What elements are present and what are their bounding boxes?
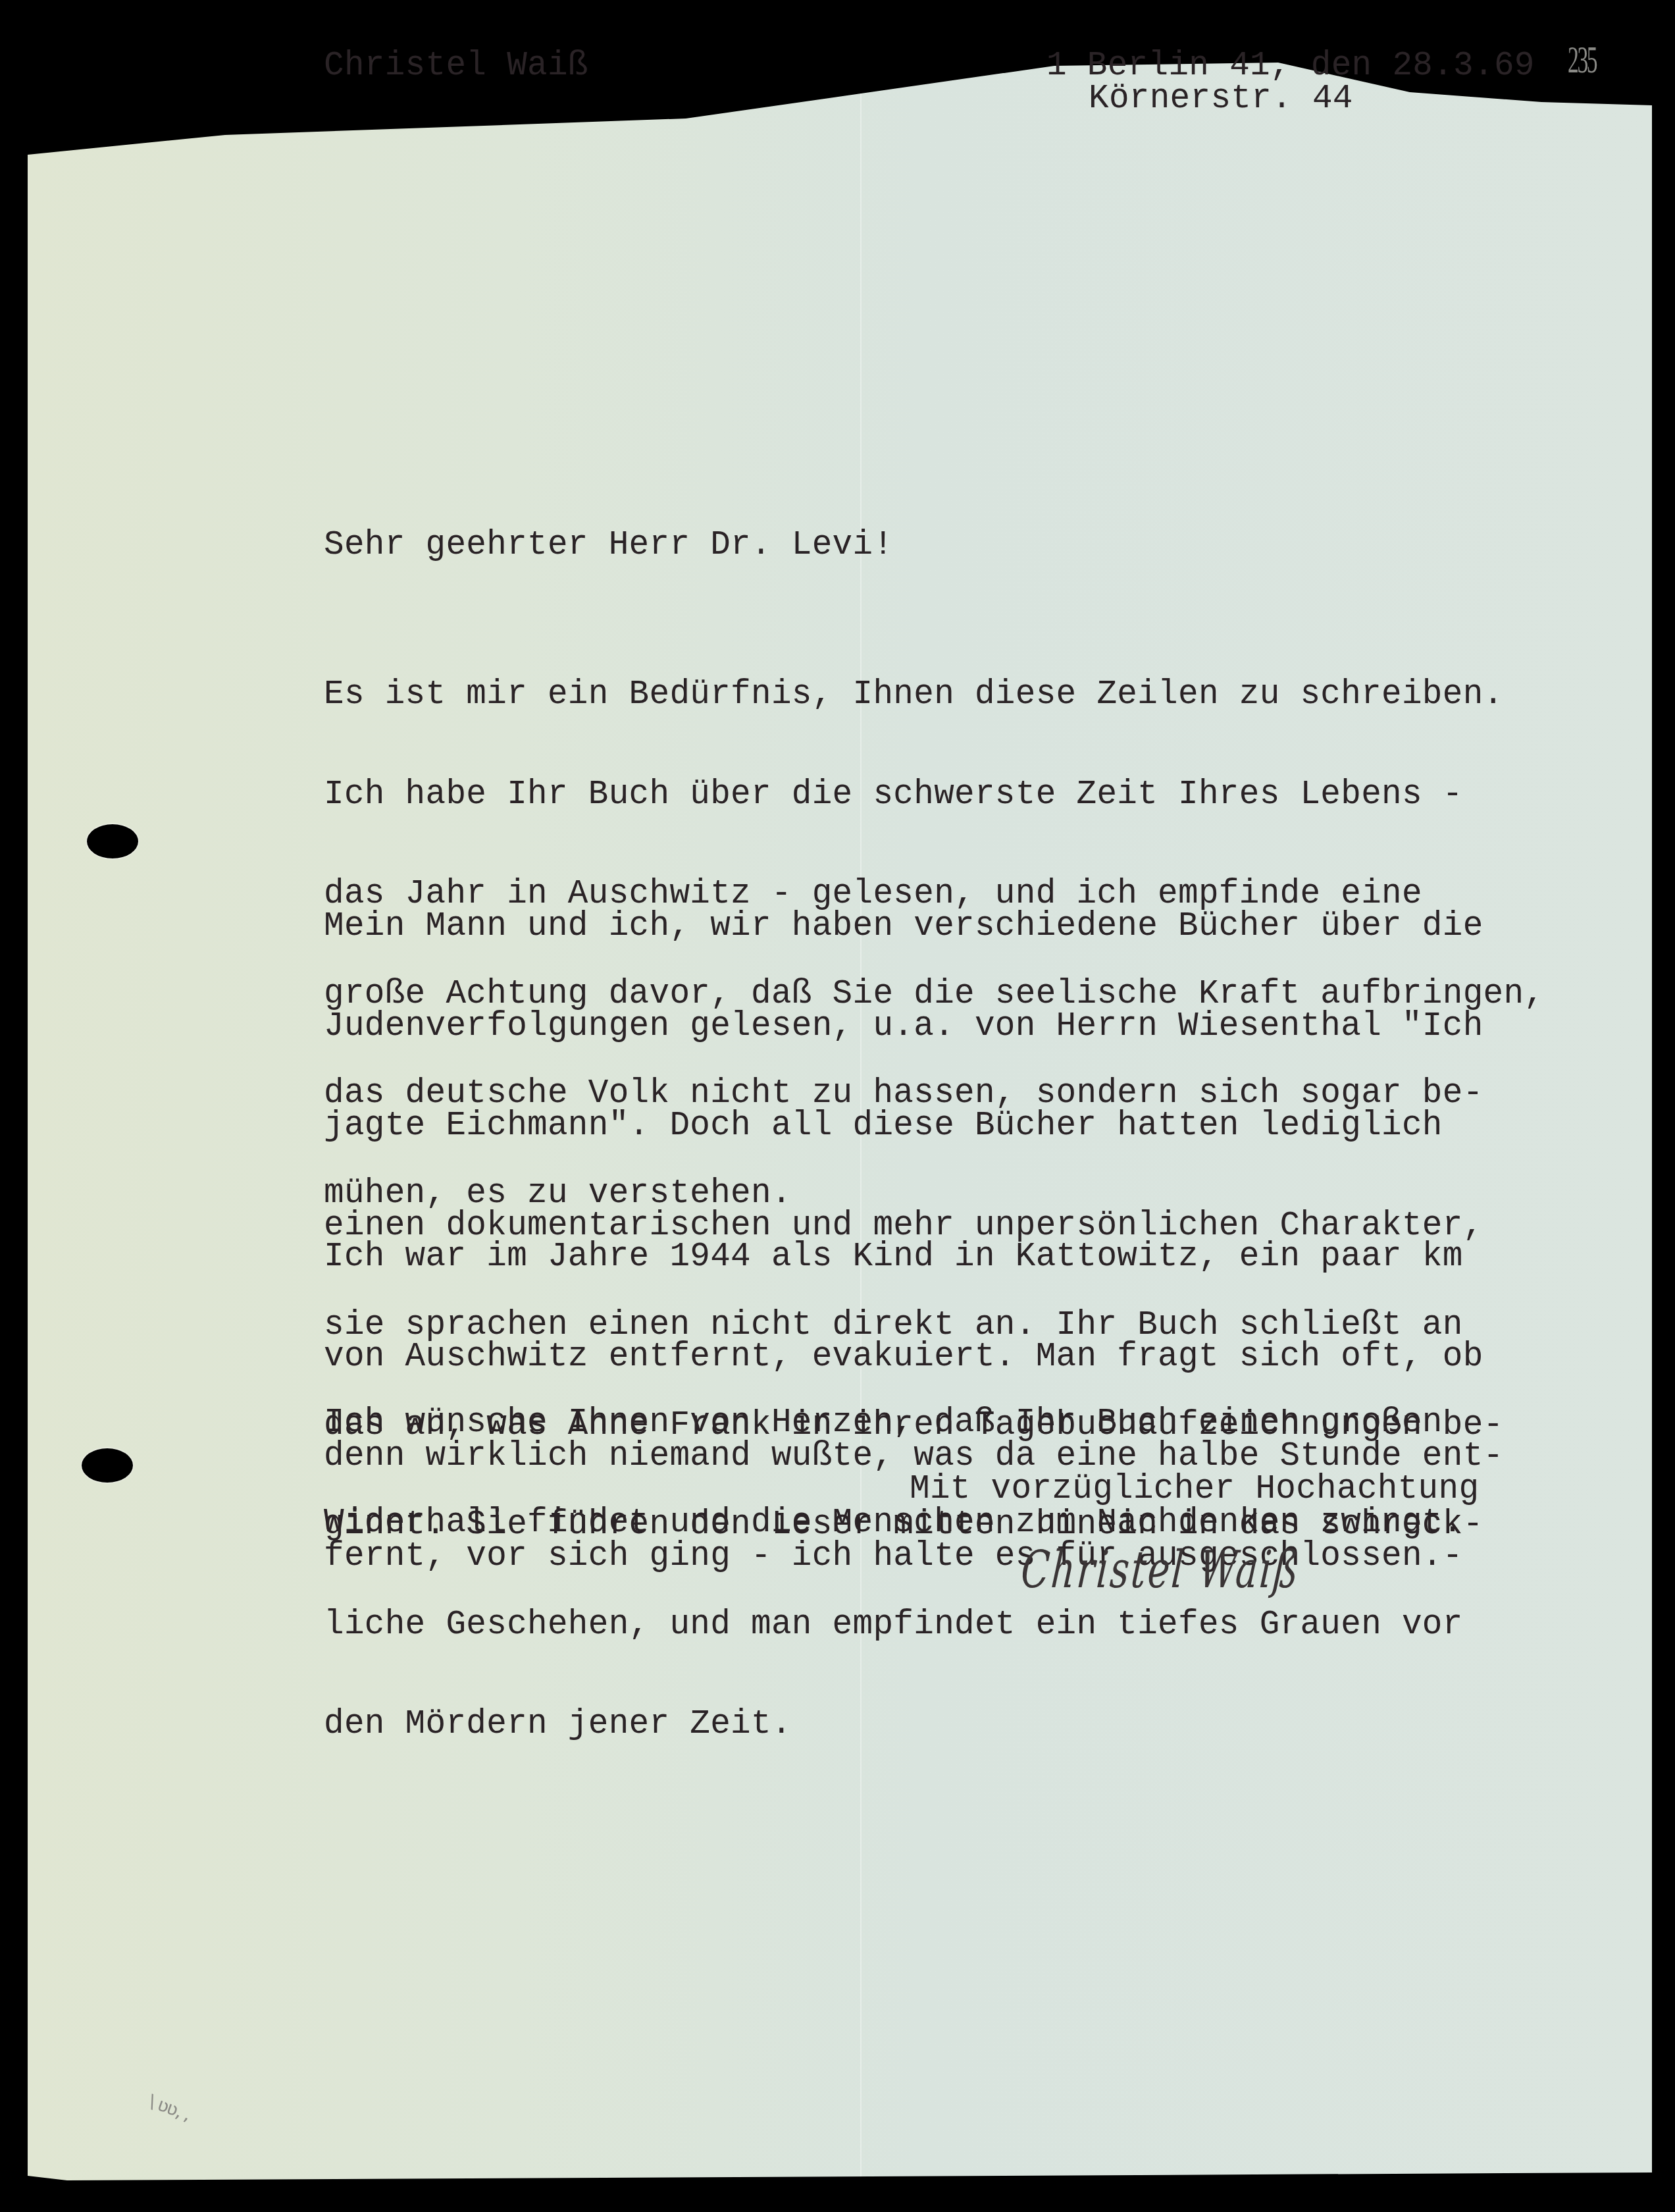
paragraph-line: jagte Eichmann". Doch all diese Bücher h… [324,1110,1504,1144]
paragraph-line: Es ist mir ein Bedürfnis, Ihnen diese Ze… [324,679,1544,712]
sender-street: Körnerstr. 44 [1089,83,1353,117]
archive-number: 235 [1568,39,1596,82]
paragraph-line: Mein Mann und ich, wir haben verschieden… [324,910,1504,944]
paragraph-line: den Mördern jener Zeit. [324,1708,1504,1742]
paragraph-4: Ich wünsche Ihnen von Herzen, daß Ihr Bu… [324,1340,1463,1573]
paragraph-line: Ich war im Jahre 1944 als Kind in Kattow… [324,1241,1504,1275]
handwritten-signature: Christel Waiß [1019,1540,1302,1600]
paragraph-line: liche Geschehen, und man empfindet ein t… [324,1609,1504,1643]
place-date: 1 Berlin 41, den 28.3.69 [1046,50,1535,84]
closing-phrase: Mit vorzüglicher Hochachtung [910,1473,1479,1507]
paragraph-line: Judenverfolgungen gelesen, u.a. von Herr… [324,1011,1504,1044]
salutation: Sehr geehrter Herr Dr. Levi! [324,529,893,563]
paragraph-line: Widerhall findet und die Menschen zum Na… [324,1507,1463,1540]
paragraph-line: Ich habe Ihr Buch über die schwerste Zei… [324,779,1544,812]
paragraph-line: Ich wünsche Ihnen von Herzen, daß Ihr Bu… [324,1407,1463,1440]
punch-hole-top [87,824,138,858]
sender-name: Christel Waiß [324,50,588,84]
punch-hole-bottom [82,1448,133,1483]
